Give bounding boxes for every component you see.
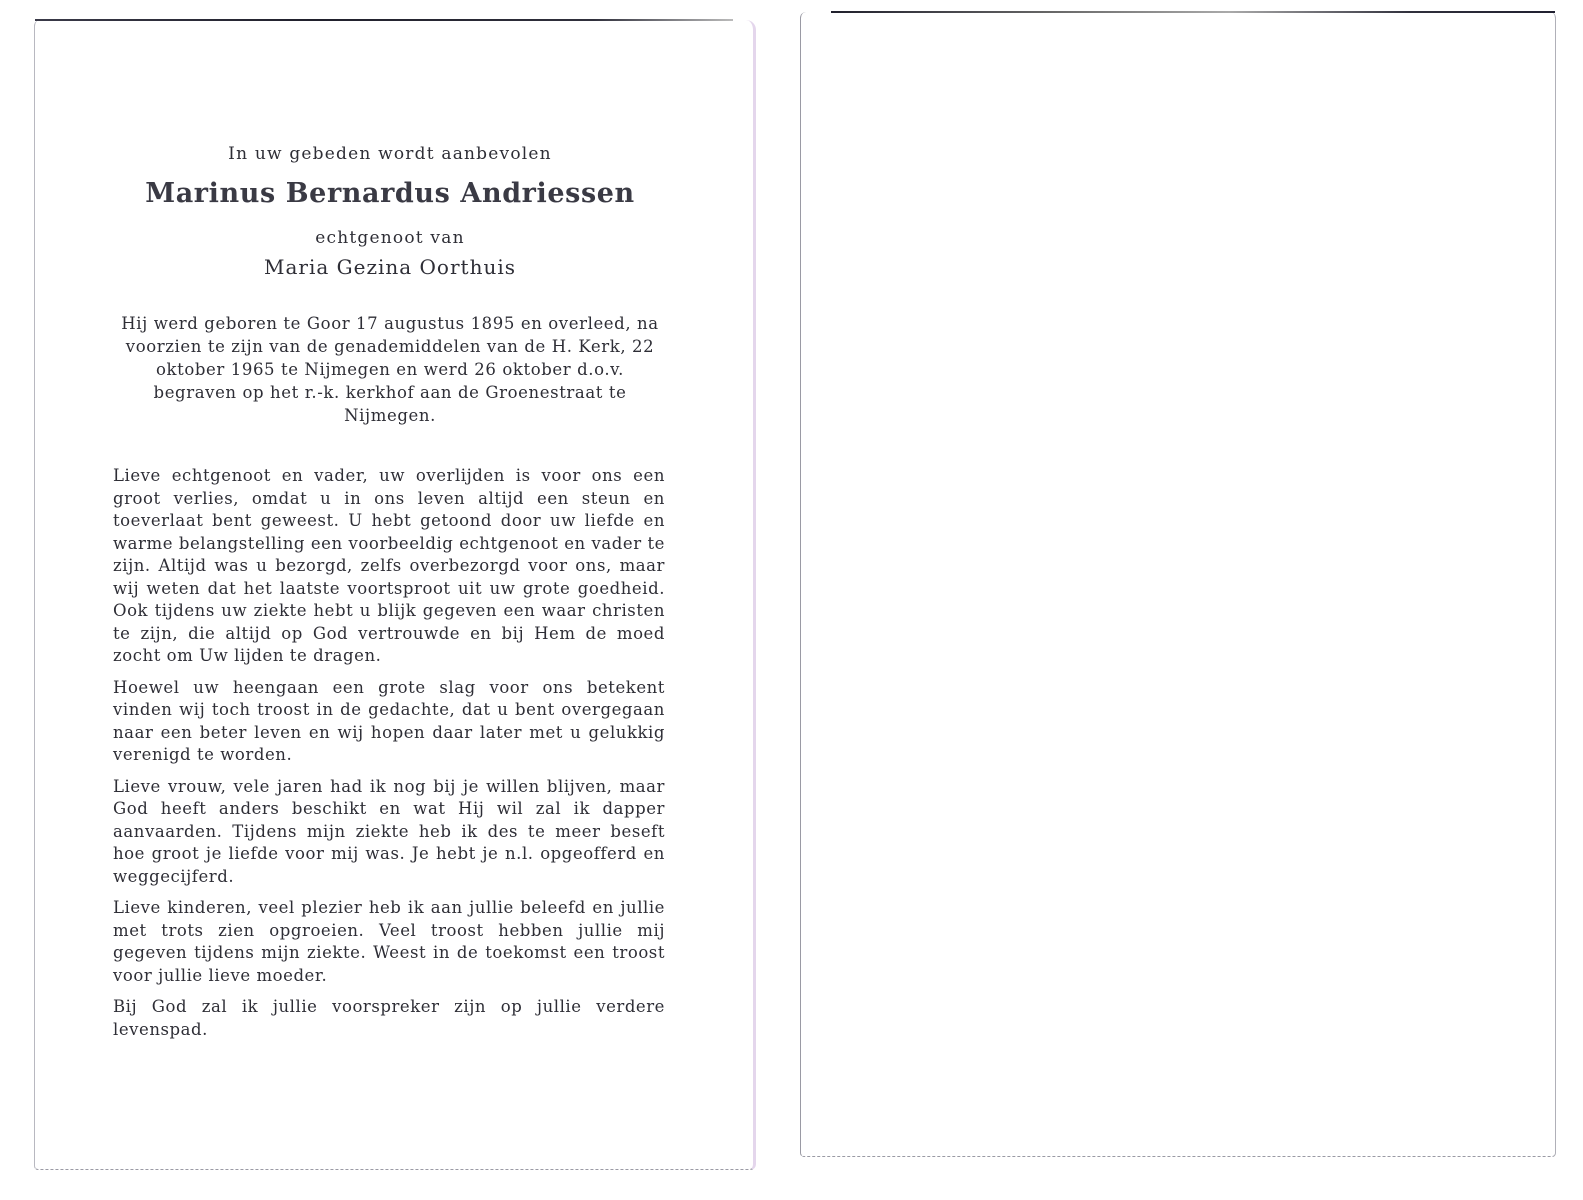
spouse-label: echtgenoot van (115, 228, 665, 248)
farewell-paragraphs: Lieve echtgenoot en vader, uw overlijden… (113, 465, 665, 1050)
card-top-edge (831, 11, 1555, 13)
paragraph-consolation: Hoewel uw heengaan een grote slag voor o… (113, 677, 665, 767)
paragraph-closing: Bij God zal ik jullie voorspreker zijn o… (113, 996, 665, 1041)
biography-text: Hij werd geboren te Goor 17 augustus 189… (115, 312, 665, 427)
paragraph-to-husband-father: Lieve echtgenoot en vader, uw overlijden… (113, 465, 665, 668)
memorial-card-front: In uw gebeden wordt aanbevolen Marinus B… (34, 20, 756, 1170)
card-top-edge (35, 19, 733, 21)
intro-text: In uw gebeden wordt aanbevolen (115, 144, 665, 164)
paragraph-to-children: Lieve kinderen, veel plezier heb ik aan … (113, 897, 665, 987)
deceased-name: Marinus Bernardus Andriessen (115, 178, 665, 209)
paragraph-to-wife: Lieve vrouw, vele jaren had ik nog bij j… (113, 776, 665, 889)
memorial-card-back (800, 12, 1556, 1157)
spouse-name: Maria Gezina Oorthuis (115, 255, 665, 279)
